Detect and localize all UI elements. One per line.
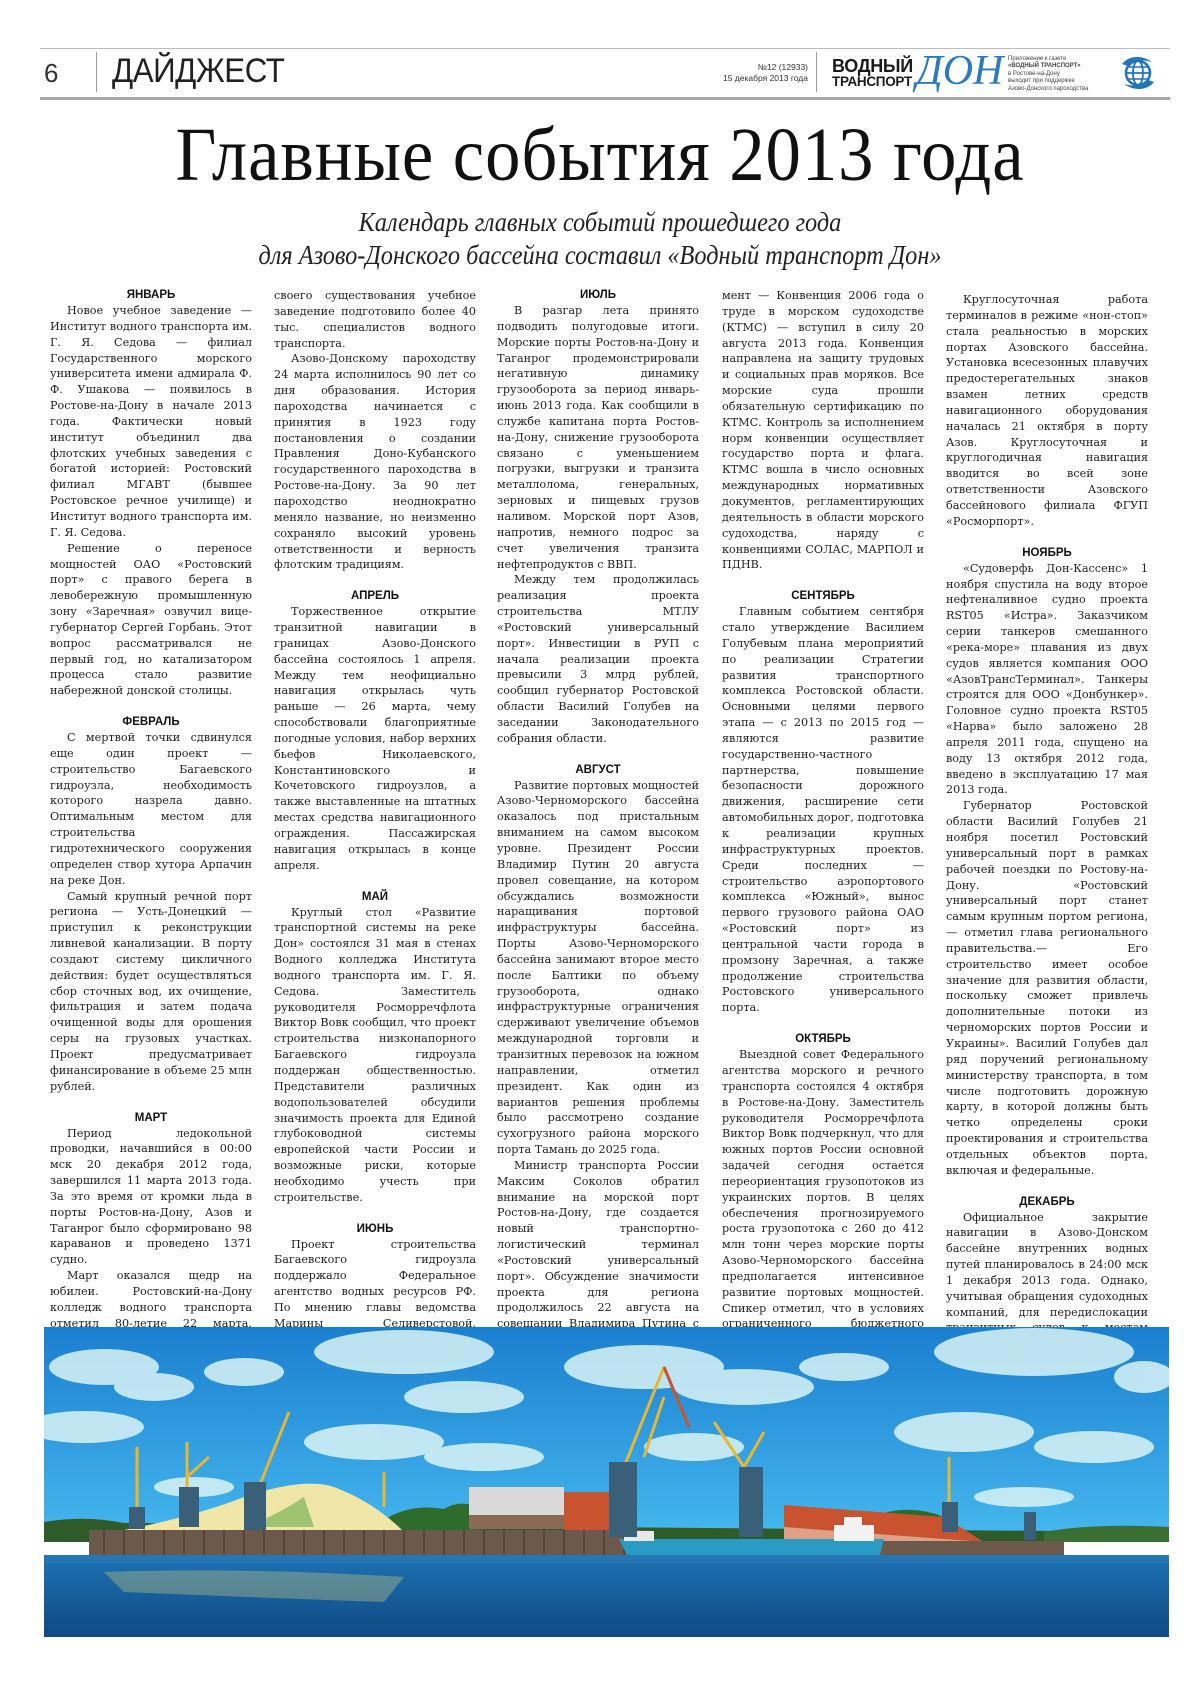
paragraph: Губернатор Ростовской области Василий Го… [946,798,1148,1178]
month-heading-june: ИЮНЬ [274,1222,476,1236]
paragraph: Развитие портовых мощностей Азово-Черном… [497,778,699,1158]
paragraph: Главным событием сентября стало утвержде… [722,604,924,1016]
paragraph: С мертвой точки сдвинулся еще один проек… [50,730,252,888]
paragraph: Между тем продолжилась реализация проект… [497,572,699,746]
logo-note: Приложение к газете «ВОДНЫЙ ТРАНСПОРТ» в… [1008,56,1108,93]
logo-note-line: выходит при поддержке [1008,78,1108,85]
paragraph-continuation: своего существования учебное заведение п… [274,288,476,351]
header-divider [96,52,97,92]
page-number: 6 [44,58,58,89]
paragraph: Круглый стол «Развитие транспортной сист… [274,905,476,1206]
paragraph: Азово-Донскому пароходству 24 марта испо… [274,351,476,573]
paragraph: Новое учебное заведение — Институт водно… [50,303,252,541]
month-heading-july: ИЮЛЬ [497,288,699,302]
paragraph: Круглосуточная работа терминалов в режим… [946,292,1148,530]
month-heading-november: НОЯБРЬ [946,546,1148,560]
column-4: мент — Конвенция 2006 года о труде в мор… [722,288,924,1427]
month-heading-february: ФЕВРАЛЬ [50,715,252,729]
paragraph: Решение о переносе мощностей ОАО «Ростов… [50,541,252,699]
month-heading-december: ДЕКАБРЬ [946,1195,1148,1209]
port-panorama-photo [44,1327,1169,1637]
logo-line1: ВОДНЫЙ [832,58,913,75]
issue-info: №12 (12933) 15 декабря 2013 года [700,62,808,84]
column-3: ИЮЛЬ В разгар лета принято подводить пол… [497,288,699,1443]
subtitle-line: Календарь главных событий прошедшего год… [60,206,1140,239]
column-1: ЯНВАРЬ Новое учебное заведение — Институ… [50,288,252,1490]
month-heading-september: СЕНТЯБРЬ [722,589,924,603]
month-heading-january: ЯНВАРЬ [50,288,252,302]
month-heading-august: АВГУСТ [497,763,699,777]
month-heading-october: ОКТЯБРЬ [722,1032,924,1046]
header-divider [816,52,817,92]
paragraph: «Судоверфь Дон-Кассенс» 1 ноября спустил… [946,561,1148,799]
paragraph: В разгар лета принято подводить полугодо… [497,303,699,572]
month-heading-march: МАРТ [50,1111,252,1125]
logo-line2: ТРАНСПОРТ [832,75,912,89]
article-title: Главные события 2013 года [42,110,1158,200]
subtitle-line: для Азово-Донского бассейна составил «Во… [60,239,1140,272]
newspaper-page: 6 ДАЙДЖЕСТ №12 (12933) 15 декабря 2013 г… [0,0,1200,1696]
globe-wave-emblem-icon [1118,52,1158,92]
article-subtitle: Календарь главных событий прошедшего год… [60,206,1140,272]
paragraph: Период ледокольной проводки, начавшийся … [50,1126,252,1269]
logo-note-line: Азово-Донского пароходства [1008,86,1108,93]
logo-accent: ДОН [916,48,1003,94]
section-title: ДАЙДЖЕСТ [112,52,284,91]
header-bottom-rule [40,97,1170,100]
port-panorama-illustration [44,1327,1169,1637]
month-heading-april: АПРЕЛЬ [274,589,476,603]
paragraph-continuation: мент — Конвенция 2006 года о труде в мор… [722,288,924,573]
paragraph: Самый крупный речной порт региона — Усть… [50,889,252,1095]
issue-date: 15 декабря 2013 года [700,73,808,84]
logo-note-line: в Ростове-на-Дону [1008,71,1108,78]
column-2: своего существования учебное заведение п… [274,288,476,1474]
logo-note-line: «ВОДНЫЙ ТРАНСПОРТ» [1008,63,1108,70]
column-5: Круглосуточная работа терминалов в режим… [946,292,1148,1447]
issue-number: №12 (12933) [700,62,808,73]
month-heading-may: МАЙ [274,890,476,904]
paragraph: Торжественное открытие транзитной навига… [274,604,476,873]
